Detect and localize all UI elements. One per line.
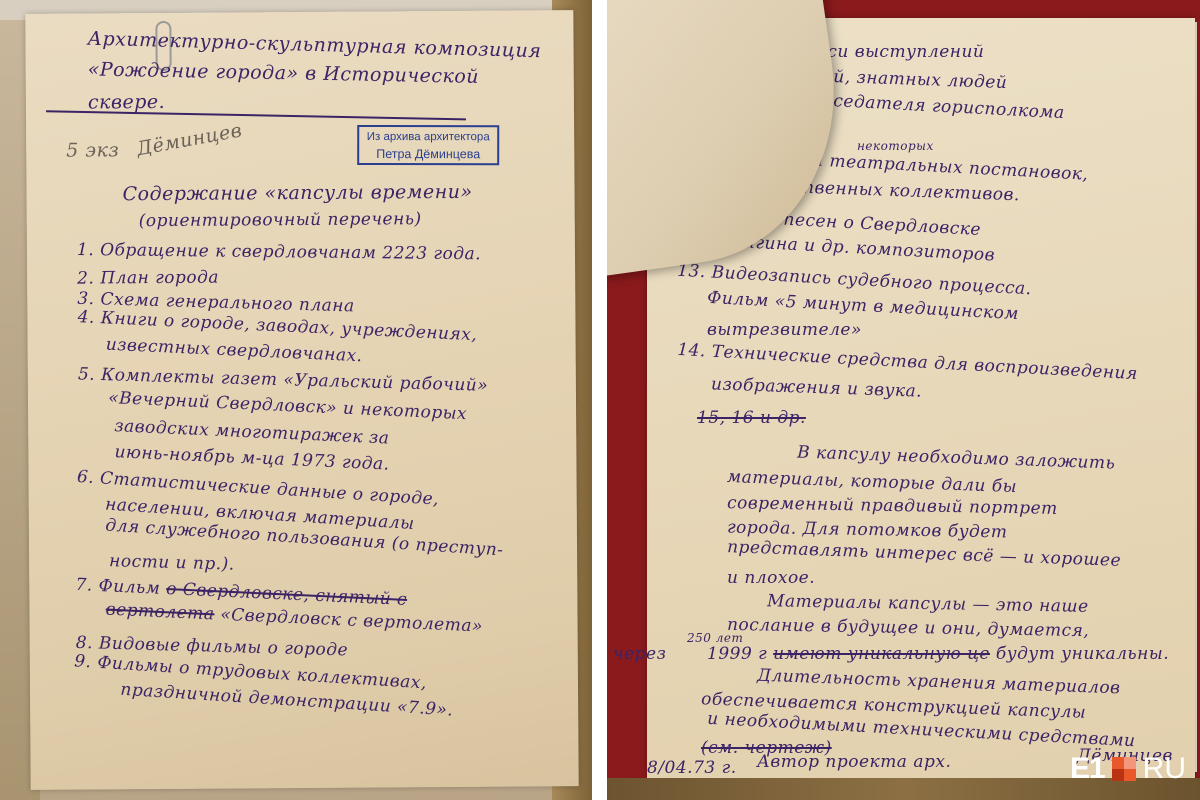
stamp-line-1: Из архива архитектора [359,129,497,146]
e1-ru-watermark: E1 RU [1070,752,1186,786]
list-item-continuation: известных свердловчанах. [105,337,362,366]
document-page-1: Архитектурно-скульптурная композиция «Ро… [25,10,578,790]
paragraph-line: и плохое. [727,570,815,587]
heading: Содержание «капсулы времени» [122,183,472,204]
author-label: Автор проекта арх. [757,754,951,771]
list-item-continuation: июнь-ноябрь м-ца 1973 года. [114,444,390,473]
logo-text: E1 [1070,752,1105,786]
title-line: «Рождение города» в Исторической [88,60,480,87]
list-item-continuation: изображения и звука. [711,376,923,400]
paragraph-line: материалы, которые дали бы [727,469,1018,496]
insert-note: некоторых [857,140,934,152]
copies-note: 5 экз [66,141,119,160]
list-item: 1. Обращение к свердловчанам 2223 года. [77,242,481,263]
struck-text: вертолета [105,600,215,625]
paragraph-line: представлять интерес всё — и хорошее [727,539,1122,570]
struck-text: имеют уникальную це [773,644,990,664]
signature: Дёминцев [135,121,243,159]
list-item-continuation: ности и пр.). [109,553,235,573]
stamp-line-2: Петра Дёминцева [359,146,497,163]
logo-suffix: RU [1143,752,1186,786]
paragraph-line: Материалы капсулы — это наше [767,593,1089,616]
paragraph-line: послание в будущее и они, думается, [727,617,1090,640]
title-line: сквере. [88,93,165,113]
logo-squares-icon [1112,757,1136,781]
paragraph-line: 1999 г имеют уникальную це будут уникаль… [707,646,1169,663]
subheading: (ориентировочный перечень) [139,211,422,230]
struck-item: 15, 16 и др. [697,410,806,427]
archive-stamp: Из архива архитектора Петра Дёминцева [357,125,499,165]
divider-line [46,110,466,120]
right-page-photo: Видеозаписи выступлений А.Н. Быковой, зн… [607,0,1200,800]
margin-note: через [613,646,666,663]
date: 8/04.73 г. [647,760,737,777]
left-page-photo: Архитектурно-скульптурная композиция «Ро… [0,0,592,800]
list-item-continuation: вертолета «Свердловск с вертолета» [105,602,483,636]
insert-note: 250 лет [687,632,743,644]
list-item-continuation: вытрезвителе» [707,322,862,339]
paragraph-line: В капсулу необходимо заложить [797,444,1116,472]
list-item: 2. План города [77,270,219,288]
paragraph-line: современный правдивый портрет [727,495,1058,518]
